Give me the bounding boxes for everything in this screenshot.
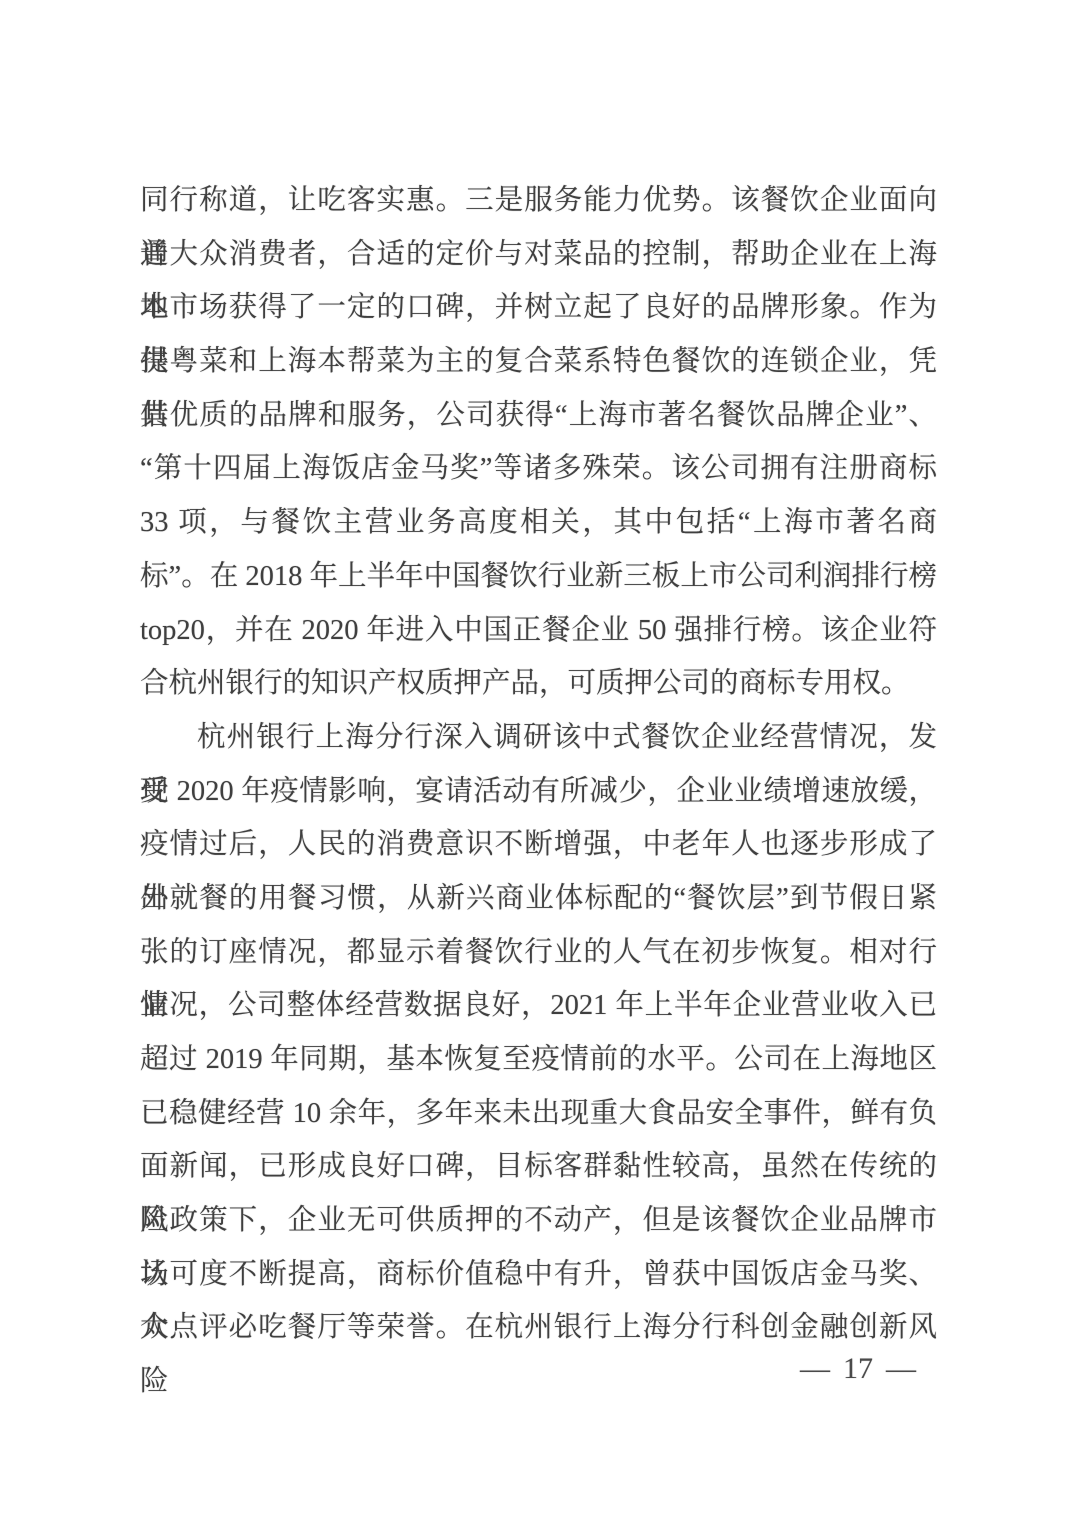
text-line: 合杭州银行的知识产权质押产品，可质押公司的商标专用权。	[140, 657, 937, 711]
text-line: 认可度不断提高，商标价值稳中有升，曾获中国饭店金马奖、大	[140, 1248, 937, 1302]
text-line: top20，并在 2020 年进入中国正餐企业 50 强排行榜。该企业符	[140, 604, 937, 658]
document-page: 同行称道，让吃客实惠。三是服务能力优势。该餐饮企业面向普通大众消费者，合适的定价…	[0, 0, 1080, 1527]
text-line: “第十四届上海饭店金马奖”等诸多殊荣。该公司拥有注册商标	[140, 442, 937, 496]
text-line: 杭州银行上海分行深入调研该中式餐饮企业经营情况，发现	[140, 711, 937, 765]
text-line: 险政策下，企业无可供质押的不动产，但是该餐饮企业品牌市场	[140, 1194, 937, 1248]
text-line: 同行称道，让吃客实惠。三是服务能力优势。该餐饮企业面向普	[140, 174, 937, 228]
text-line: 情况，公司整体经营数据良好，2021 年上半年企业营业收入已	[140, 979, 937, 1033]
text-line: 面新闻，已形成良好口碑，目标客群黏性较高，虽然在传统的风	[140, 1140, 937, 1194]
text-line: 通大众消费者，合适的定价与对菜品的控制，帮助企业在上海本	[140, 228, 937, 282]
text-line: 标”。在 2018 年上半年中国餐饮行业新三板上市公司利润排行榜	[140, 550, 937, 604]
page-body: 同行称道，让吃客实惠。三是服务能力优势。该餐饮企业面向普通大众消费者，合适的定价…	[140, 174, 937, 1355]
text-line: 受 2020 年疫情影响，宴请活动有所减少，企业业绩增速放缓，	[140, 765, 937, 819]
text-line: 疫情过后，人民的消费意识不断增强，中老年人也逐步形成了外	[140, 818, 937, 872]
text-line: 超过 2019 年同期，基本恢复至疫情前的水平。公司在上海地区	[140, 1033, 937, 1087]
page-number: 17	[843, 1352, 873, 1386]
text-line: 33 项，与餐饮主营业务高度相关，其中包括“上海市著名商	[140, 496, 937, 550]
text-line: 众点评必吃餐厅等荣誉。在杭州银行上海分行科创金融创新风险	[140, 1301, 937, 1355]
footer-dash-left: —	[800, 1352, 830, 1386]
footer-dash-right: —	[886, 1352, 916, 1386]
text-line: 已稳健经营 10 余年，多年来未出现重大食品安全事件，鲜有负	[140, 1087, 937, 1141]
page-footer: — 17 —	[800, 1352, 916, 1386]
text-line: 出就餐的用餐习惯，从新兴商业体标配的“餐饮层”到节假日紧	[140, 872, 937, 926]
text-line: 供粤菜和上海本帮菜为主的复合菜系特色餐饮的连锁企业，凭借	[140, 335, 937, 389]
text-line: 其优质的品牌和服务，公司获得“上海市著名餐饮品牌企业”、	[140, 389, 937, 443]
text-line: 地市场获得了一定的口碑，并树立起了良好的品牌形象。作为提	[140, 281, 937, 335]
text-line: 张的订座情况，都显示着餐饮行业的人气在初步恢复。相对行业	[140, 926, 937, 980]
